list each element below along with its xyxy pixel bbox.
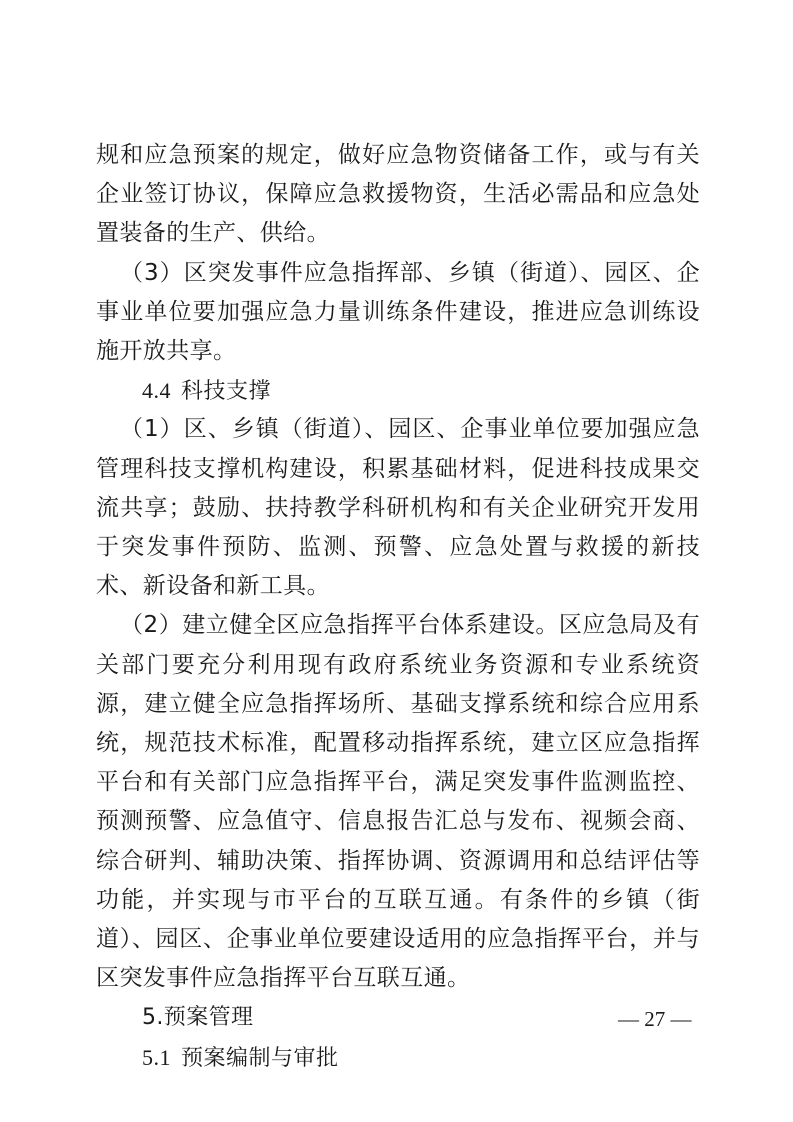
paragraph-supplies-continued: 规和应急预案的规定，做好应急物资储备工作，或与有关企业签订协议，保障应急救援物资… <box>96 136 700 254</box>
page-number: — 27 — <box>618 1007 692 1032</box>
heading-5-1: 5.1预案编制与审批 <box>96 1038 700 1077</box>
paragraph-tech-support-1: （1）区、乡镇（街道）、园区、企事业单位要加强应急管理科技支撑机构建设，积累基础… <box>96 410 700 606</box>
page-content: 规和应急预案的规定，做好应急物资储备工作，或与有关企业签订协议，保障应急救援物资… <box>96 136 700 1077</box>
paragraph-training-facilities: （3）区突发事件应急指挥部、乡镇（街道）、园区、企事业单位要加强应急力量训练条件… <box>96 254 700 372</box>
heading-number: 5.1 <box>142 1045 171 1070</box>
heading-number: 4.4 <box>142 378 171 403</box>
heading-title: 科技支撑 <box>181 378 271 403</box>
section-heading-5: 5.预案管理 <box>96 998 700 1037</box>
heading-4-4: 4.4科技支撑 <box>96 371 700 410</box>
document-page: 规和应急预案的规定，做好应急物资储备工作，或与有关企业签订协议，保障应急救援物资… <box>0 0 793 1122</box>
heading-title: 预案编制与审批 <box>181 1045 339 1070</box>
paragraph-tech-support-2: （2）建立健全区应急指挥平台体系建设。区应急局及有关部门要充分利用现有政府系统业… <box>96 606 700 998</box>
